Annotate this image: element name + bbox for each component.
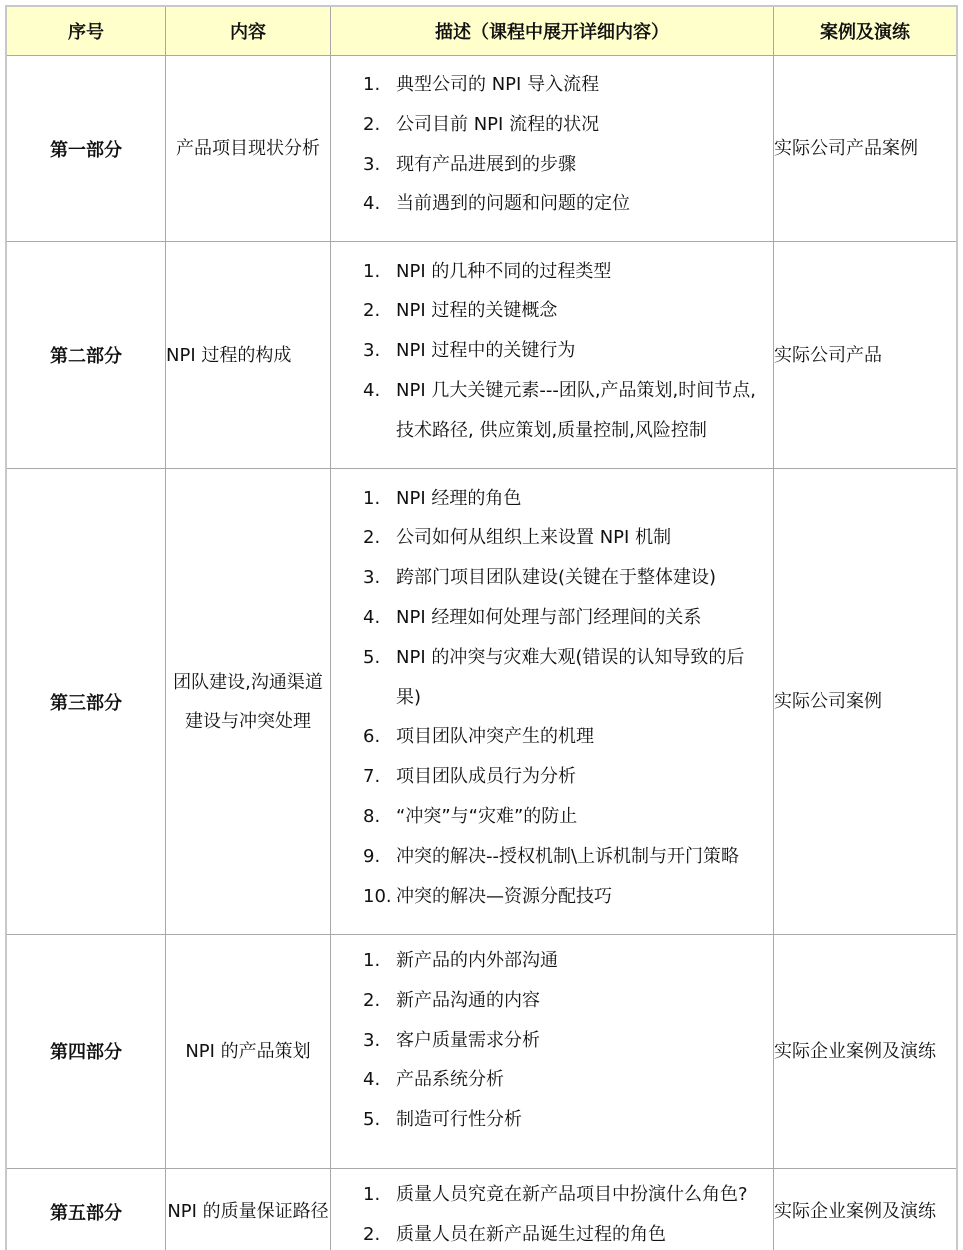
list-item: 2.公司目前 NPI 流程的状况 [363, 105, 767, 145]
item-number: 2. [363, 1215, 380, 1250]
item-text: 公司如何从组织上来设置 NPI 机制 [396, 527, 671, 548]
item-number: 1. [363, 1175, 380, 1215]
item-text: NPI 过程的关键概念 [396, 300, 557, 321]
list-item: 1.典型公司的 NPI 导入流程 [363, 65, 767, 105]
item-number: 1. [363, 479, 380, 519]
item-number: 8. [363, 797, 380, 837]
item-number: 2. [363, 981, 380, 1021]
item-text: NPI 几大关键元素---团队,产品策划,时间节点,技术路径, 供应策划,质量控… [396, 380, 756, 441]
table-row: 第一部分 产品项目现状分析 1.典型公司的 NPI 导入流程 2.公司目前 NP… [7, 56, 956, 242]
item-text: 质量人员在新产品诞生过程的角色 [396, 1224, 666, 1245]
item-number: 7. [363, 757, 380, 797]
list-item: 1.新产品的内外部沟通 [363, 941, 767, 981]
item-text: 制造可行性分析 [396, 1109, 522, 1130]
description-cell: 1.新产品的内外部沟通 2.新产品沟通的内容 3.客户质量需求分析 4.产品系统… [331, 935, 774, 1169]
item-number: 4. [363, 1060, 380, 1100]
description-cell: 1.质量人员究竟在新产品项目中扮演什么角色? 2.质量人员在新产品诞生过程的角色 [331, 1169, 774, 1250]
item-number: 1. [363, 65, 380, 105]
column-header-index: 序号 [7, 7, 166, 56]
table-row: 第三部分 团队建设,沟通渠道建设与冲突处理 1.NPI 经理的角色 2.公司如何… [7, 469, 956, 935]
list-item: 8. “冲突”与“灾难”的防止 [363, 797, 767, 837]
list-item: 1.质量人员究竟在新产品项目中扮演什么角色? [363, 1175, 767, 1215]
description-list: 1.质量人员究竟在新产品项目中扮演什么角色? 2.质量人员在新产品诞生过程的角色 [331, 1169, 773, 1250]
item-number: 1. [363, 252, 380, 292]
list-item: 3.现有产品进展到的步骤 [363, 145, 767, 185]
item-text: 典型公司的 NPI 导入流程 [396, 74, 599, 95]
table-row: 第五部分 NPI 的质量保证路径 1.质量人员究竟在新产品项目中扮演什么角色? … [7, 1169, 956, 1250]
list-item: 4.NPI 几大关键元素---团队,产品策划,时间节点,技术路径, 供应策划,质… [363, 371, 767, 451]
description-list: 1.NPI 的几种不同的过程类型 2.NPI 过程的关键概念 3.NPI 过程中… [331, 244, 773, 467]
item-text: “冲突”与“灾难”的防止 [396, 806, 577, 827]
item-text: 项目团队冲突产生的机理 [396, 726, 594, 747]
part-label: 第四部分 [7, 935, 166, 1169]
item-number: 3. [363, 331, 380, 371]
item-number: 9. [363, 837, 380, 877]
column-header-content: 内容 [166, 7, 331, 56]
item-text: 冲突的解决—资源分配技巧 [396, 886, 612, 907]
item-text: NPI 过程中的关键行为 [396, 340, 575, 361]
list-item: 10.冲突的解决—资源分配技巧 [363, 877, 767, 917]
item-number: 4. [363, 184, 380, 224]
list-item: 3.NPI 过程中的关键行为 [363, 331, 767, 371]
list-item: 3.客户质量需求分析 [363, 1021, 767, 1061]
part-label: 第一部分 [7, 56, 166, 242]
item-number: 3. [363, 145, 380, 185]
column-header-description: 描述（课程中展开详细内容） [331, 7, 774, 56]
item-number: 5. [363, 638, 380, 678]
item-text: 项目团队成员行为分析 [396, 766, 576, 787]
list-item: 2.新产品沟通的内容 [363, 981, 767, 1021]
list-item: 1.NPI 的几种不同的过程类型 [363, 252, 767, 292]
content-cell: 团队建设,沟通渠道建设与冲突处理 [166, 469, 331, 935]
description-list: 1.典型公司的 NPI 导入流程 2.公司目前 NPI 流程的状况 3.现有产品… [331, 57, 773, 240]
item-text: 跨部门项目团队建设(关键在于整体建设) [396, 567, 716, 588]
part-label: 第三部分 [7, 469, 166, 935]
course-outline-table: 序号 内容 描述（课程中展开详细内容） 案例及演练 第一部分 产品项目现状分析 … [5, 5, 958, 1250]
item-number: 4. [363, 598, 380, 638]
case-cell: 实际公司案例 [774, 469, 956, 935]
header-row: 序号 内容 描述（课程中展开详细内容） 案例及演练 [7, 7, 956, 56]
list-item: 3.跨部门项目团队建设(关键在于整体建设) [363, 558, 767, 598]
item-number: 5. [363, 1100, 380, 1140]
content-cell: 产品项目现状分析 [166, 56, 331, 242]
case-cell: 实际公司产品 [774, 242, 956, 469]
item-number: 3. [363, 1021, 380, 1061]
item-text: 新产品沟通的内容 [396, 990, 540, 1011]
part-label: 第五部分 [7, 1169, 166, 1250]
list-item: 6.项目团队冲突产生的机理 [363, 717, 767, 757]
table-row: 第四部分 NPI 的产品策划 1.新产品的内外部沟通 2.新产品沟通的内容 3.… [7, 935, 956, 1169]
item-text: 当前遇到的问题和问题的定位 [396, 193, 630, 214]
description-list: 1.新产品的内外部沟通 2.新产品沟通的内容 3.客户质量需求分析 4.产品系统… [331, 935, 773, 1168]
content-cell: NPI 的产品策划 [166, 935, 331, 1169]
list-item: 1.NPI 经理的角色 [363, 479, 767, 519]
item-number: 1. [363, 941, 380, 981]
item-text: 冲突的解决--授权机制\上诉机制与开门策略 [396, 846, 739, 867]
item-text: 新产品的内外部沟通 [396, 950, 558, 971]
description-list: 1.NPI 经理的角色 2.公司如何从组织上来设置 NPI 机制 3.跨部门项目… [331, 471, 773, 933]
list-item: 4.当前遇到的问题和问题的定位 [363, 184, 767, 224]
description-cell: 1.NPI 经理的角色 2.公司如何从组织上来设置 NPI 机制 3.跨部门项目… [331, 469, 774, 935]
item-text: 现有产品进展到的步骤 [396, 154, 576, 175]
item-number: 3. [363, 558, 380, 598]
list-item: 2.公司如何从组织上来设置 NPI 机制 [363, 518, 767, 558]
item-text: NPI 的冲突与灾难大观(错误的认知导致的后果) [396, 647, 744, 708]
item-number: 2. [363, 518, 380, 558]
item-text: 产品系统分析 [396, 1069, 504, 1090]
item-text: NPI 经理的角色 [396, 488, 521, 509]
table-row: 第二部分 NPI 过程的构成 1.NPI 的几种不同的过程类型 2.NPI 过程… [7, 242, 956, 469]
item-text: 质量人员究竟在新产品项目中扮演什么角色? [396, 1184, 748, 1205]
item-text: 客户质量需求分析 [396, 1030, 540, 1051]
list-item: 9.冲突的解决--授权机制\上诉机制与开门策略 [363, 837, 767, 877]
column-header-cases: 案例及演练 [774, 7, 956, 56]
item-number: 2. [363, 105, 380, 145]
description-cell: 1.NPI 的几种不同的过程类型 2.NPI 过程的关键概念 3.NPI 过程中… [331, 242, 774, 469]
list-item: 5.制造可行性分析 [363, 1100, 767, 1140]
item-text: NPI 的几种不同的过程类型 [396, 261, 611, 282]
item-number: 2. [363, 291, 380, 331]
content-cell: NPI 过程的构成 [166, 242, 331, 469]
description-cell: 1.典型公司的 NPI 导入流程 2.公司目前 NPI 流程的状况 3.现有产品… [331, 56, 774, 242]
item-number: 10. [363, 877, 392, 917]
page: 序号 内容 描述（课程中展开详细内容） 案例及演练 第一部分 产品项目现状分析 … [0, 0, 963, 1250]
item-number: 6. [363, 717, 380, 757]
list-item: 7.项目团队成员行为分析 [363, 757, 767, 797]
list-item: 4.NPI 经理如何处理与部门经理间的关系 [363, 598, 767, 638]
case-cell: 实际企业案例及演练 [774, 935, 956, 1169]
list-item: 2.质量人员在新产品诞生过程的角色 [363, 1215, 767, 1250]
list-item: 2.NPI 过程的关键概念 [363, 291, 767, 331]
list-item: 4.产品系统分析 [363, 1060, 767, 1100]
case-cell: 实际企业案例及演练 [774, 1169, 956, 1250]
list-item: 5.NPI 的冲突与灾难大观(错误的认知导致的后果) [363, 638, 767, 718]
case-cell: 实际公司产品案例 [774, 56, 956, 242]
item-text: NPI 经理如何处理与部门经理间的关系 [396, 607, 701, 628]
content-cell: NPI 的质量保证路径 [166, 1169, 331, 1250]
part-label: 第二部分 [7, 242, 166, 469]
item-number: 4. [363, 371, 380, 411]
item-text: 公司目前 NPI 流程的状况 [396, 114, 599, 135]
